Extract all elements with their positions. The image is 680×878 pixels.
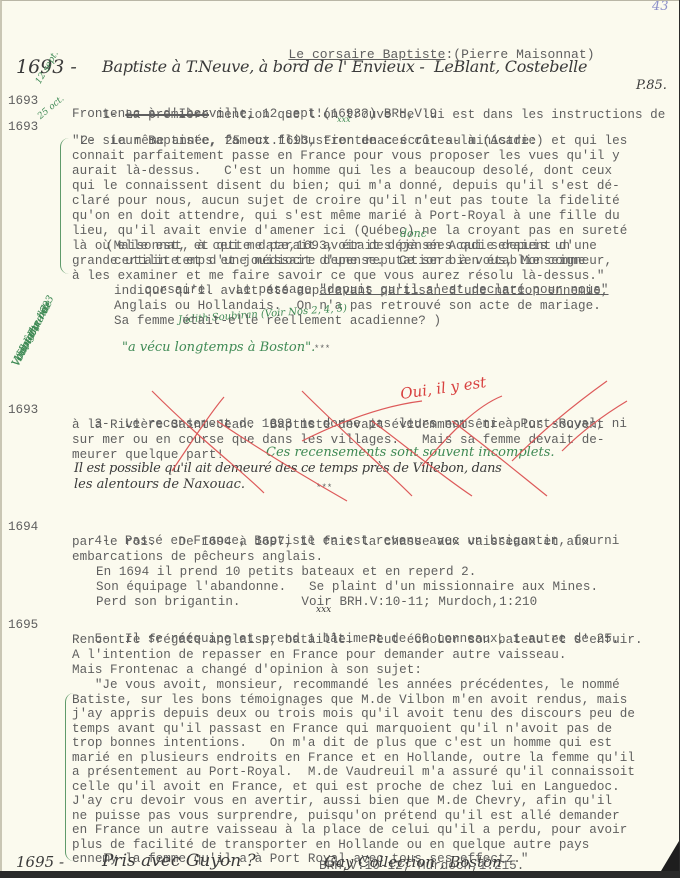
quote-line: Batiste, sur les bons témoignages que M.…: [72, 693, 627, 707]
handwritten-recensement-3: les alentours de Naxouac.: [74, 477, 245, 492]
section-1-year: 1693: [8, 94, 38, 108]
quote-line: ne puisse pas vous surprendre, puisqu'on…: [72, 809, 620, 823]
section-4-sub-1: En 1694 il prend 10 petits bateaux et en…: [96, 565, 476, 579]
section-3-line-4: meurer quelque part!: [72, 448, 224, 462]
commentary-line-2: certain temps et jouissait d'une reputat…: [114, 254, 586, 268]
section-5-line-2: Rencontre frégate anglaise, bataille. Pe…: [72, 633, 643, 647]
handwritten-recensement-2: Il est possible qu'il ait demeuré des ce…: [74, 461, 502, 476]
section-3-year: 1693: [8, 403, 38, 417]
section-4-line-3: embarcations de pêcheurs anglais.: [72, 550, 323, 564]
section-4-mark: xxx: [316, 605, 331, 615]
quote-line: qu'on en doit attendre, qui s'est même m…: [72, 209, 620, 223]
quote-line: "Le sieur Baptiste, fameux flibustier de…: [72, 134, 627, 148]
quote-line: marié en plusieurs endroits en France et…: [72, 751, 635, 765]
page-corner-shadow: [661, 841, 679, 871]
footer-note-year: 1695 -: [16, 853, 64, 871]
quote-line: celle qu'il avoit en France, et qui est …: [72, 780, 620, 794]
quote-line: trop bonnes intentions. On m'a dit de pl…: [72, 736, 612, 750]
margin-note-25-oct: 25 oct.: [36, 94, 66, 122]
section-4-year: 1694: [8, 520, 38, 534]
quote-brace-2: [60, 138, 69, 274]
section-1-line-2: Frontenac à d'Iberville, 12 sept.(1693?)…: [72, 107, 437, 121]
quote-line: aurait là-dessus. C'est un homme qui les…: [72, 164, 612, 178]
header-note-text: Baptiste à T.Neuve, à bord de l' Envieux…: [102, 57, 587, 76]
section-3-stars: ***: [316, 481, 332, 495]
page-number: 43: [652, 0, 669, 14]
document-page: 43 Le corsaire Baptiste:(Pierre Maisonna…: [0, 0, 679, 871]
footer-note-text-1: Pris avec Guyon ?: [102, 851, 256, 871]
handwritten-recensement-1: Ces recensements sont souvent incomplets…: [266, 445, 555, 460]
commentary-line-4: indique qu'il avait été auparavant parti…: [114, 284, 609, 298]
annotation-oui-il-y-est: Oui, il y est: [399, 373, 487, 403]
quote-line: lieu, qu'il avait envie d'amener ici (Qu…: [72, 224, 627, 238]
header-note-page-ref: P.85.: [636, 78, 667, 93]
commentary-line-6: Sa femme était-elle réellement acadienne…: [114, 314, 441, 328]
quote-line: "Je vous avoit, monsieur, recommandé les…: [72, 678, 620, 692]
section-5-line-3: A l'intention de repasser en France pour…: [72, 648, 567, 662]
footer-note-text-2: Gay Collection , Boston: [324, 853, 502, 871]
quote-line: j'ay appris depuis deux ou trois mois qu…: [72, 707, 635, 721]
quote-line: qui le connaissent disent du bien; qui m…: [72, 179, 620, 193]
section-2-year: 1693: [8, 120, 38, 134]
commentary-line-1: (Maisonnat, à cette date,1693, était déj…: [106, 239, 570, 253]
quote-line: temps avant qu'il passast en France qui …: [72, 722, 612, 736]
section-3-line-2: à la Rivière Saint-Jean. Baptiste devait…: [72, 418, 605, 432]
quote-line: claré pour nous, aucun sujet de croire q…: [72, 194, 620, 208]
commentary-line-5: Anglais ou Hollandais. On n'a pas retrou…: [114, 299, 601, 313]
note-boston: "a vécu longtemps à Boston".: [122, 340, 315, 355]
section-5-line-4: Mais Frontenac a changé d'opinion à son …: [72, 663, 422, 677]
section-4-sub-2: Son équipage l'abandonne. Se plaint d'un…: [96, 580, 598, 594]
section-5-year: 1695: [8, 618, 38, 632]
section-4-line-2: par le roi. De 1694 à 1697, il fait la c…: [72, 535, 589, 549]
quote-line: connait parfaitement passe en France pou…: [72, 149, 620, 163]
quote-line: plus de facilité de transporter en Holla…: [72, 838, 589, 852]
quote-line: a présentement au Port-Royal. M.de Vaudr…: [72, 765, 635, 779]
commentary-stars: ***: [314, 342, 330, 356]
quote-line: en France un autre vaisseau à la place d…: [72, 823, 627, 837]
quote-line: J'ay cru devoir vous en avertir, aussi b…: [72, 794, 612, 808]
